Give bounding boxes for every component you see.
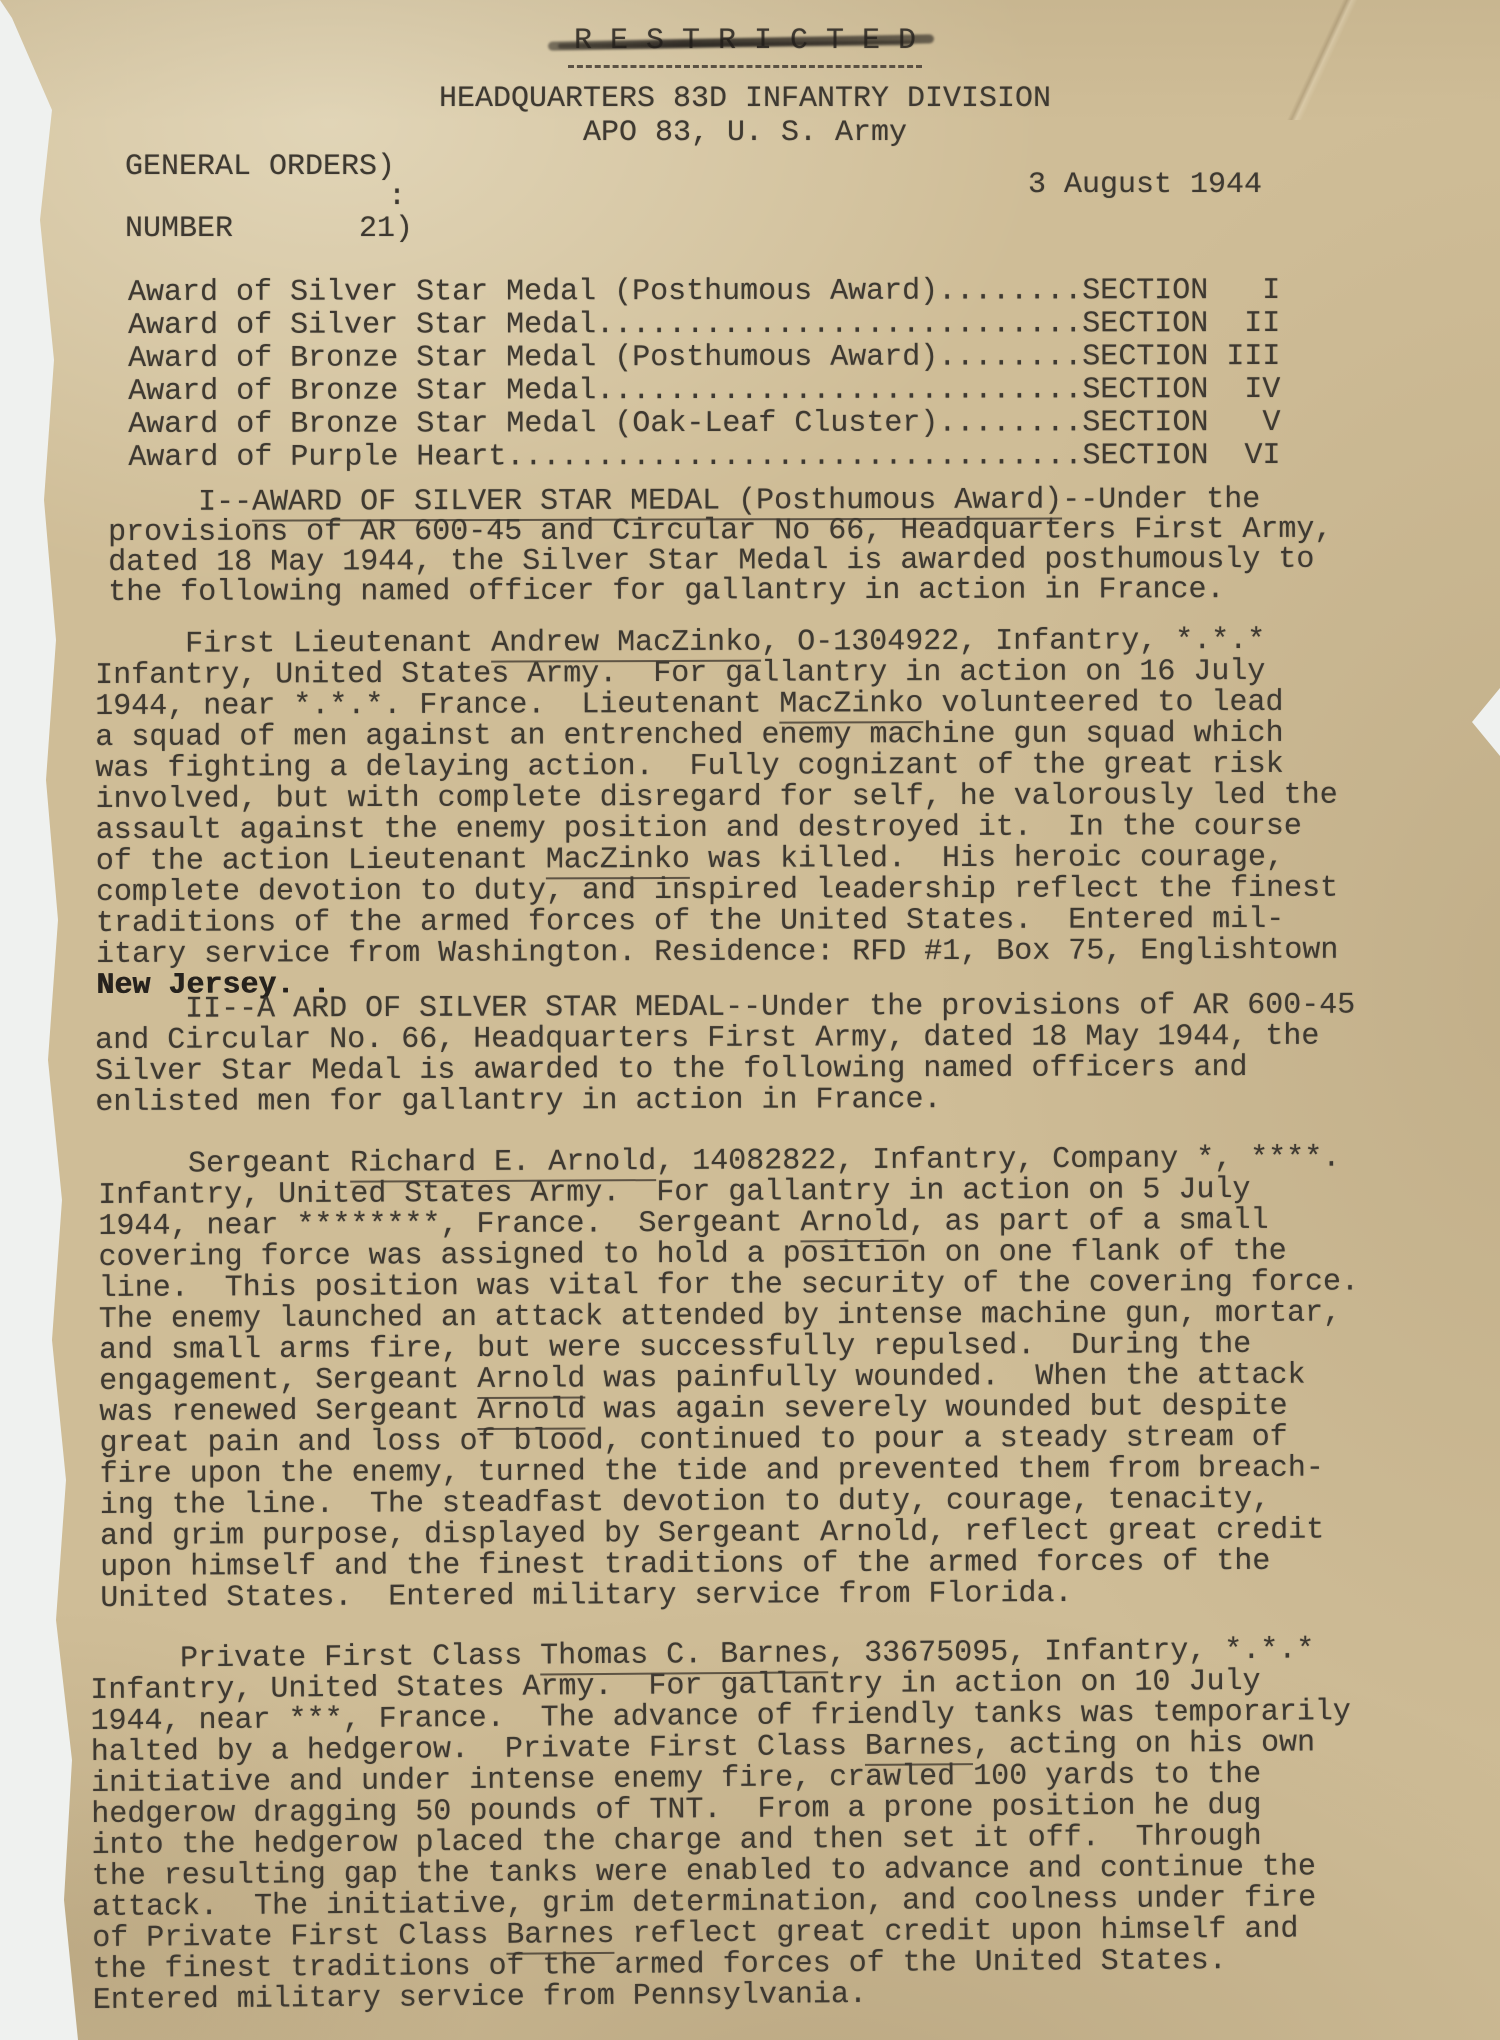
citation-arnold-paragraph: Sergeant Richard E. Arnold, 14082822, In… <box>98 1143 1361 1615</box>
orders-colon: : <box>388 180 406 214</box>
text-line: Award of Silver Star Medal..............… <box>128 308 1280 343</box>
text-line: Award of Purple Heart...................… <box>128 440 1280 475</box>
order-date: 3 August 1944 <box>1028 168 1262 202</box>
scanned-document-photo: R E S T R I C T E D HEADQUARTERS 83D INF… <box>0 0 1500 2040</box>
text-line: Award of Silver Star Medal (Posthumous A… <box>128 275 1280 310</box>
text-line: United States. Entered military service … <box>100 1577 1360 1615</box>
text-line: Award of Bronze Star Medal (Oak-Leaf Clu… <box>128 407 1280 442</box>
section-index: Award of Silver Star Medal (Posthumous A… <box>128 275 1281 475</box>
text-line: Award of Bronze Star Medal..............… <box>128 374 1280 409</box>
apo-line: APO 83, U. S. Army <box>125 116 1365 150</box>
section-1-intro-paragraph: I--AWARD OF SILVER STAR MEDAL (Posthumou… <box>108 485 1333 608</box>
text-line: enlisted men for gallantry in action in … <box>95 1084 1355 1119</box>
text-line: Award of Bronze Star Medal (Posthumous A… <box>128 341 1280 376</box>
text-line: itary service from Washington. Residence… <box>96 936 1338 971</box>
text-line: the following named officer for gallantr… <box>108 575 1332 608</box>
order-number-line: NUMBER 21) <box>125 212 413 246</box>
section-2-intro-paragraph: II--A ARD OF SILVER STAR MEDAL--Under th… <box>95 991 1356 1119</box>
general-orders-label: GENERAL ORDERS) <box>125 150 395 184</box>
text-line: Silver Star Medal is awarded to the foll… <box>95 1053 1355 1088</box>
citation-maczinko-paragraph: First Lieutenant Andrew MacZinko, O-1304… <box>95 626 1338 1002</box>
citation-barnes-paragraph: Private First Class Thomas C. Barnes, 33… <box>90 1635 1353 2017</box>
headquarters-line: HEADQUARTERS 83D INFANTRY DIVISION <box>125 82 1365 116</box>
